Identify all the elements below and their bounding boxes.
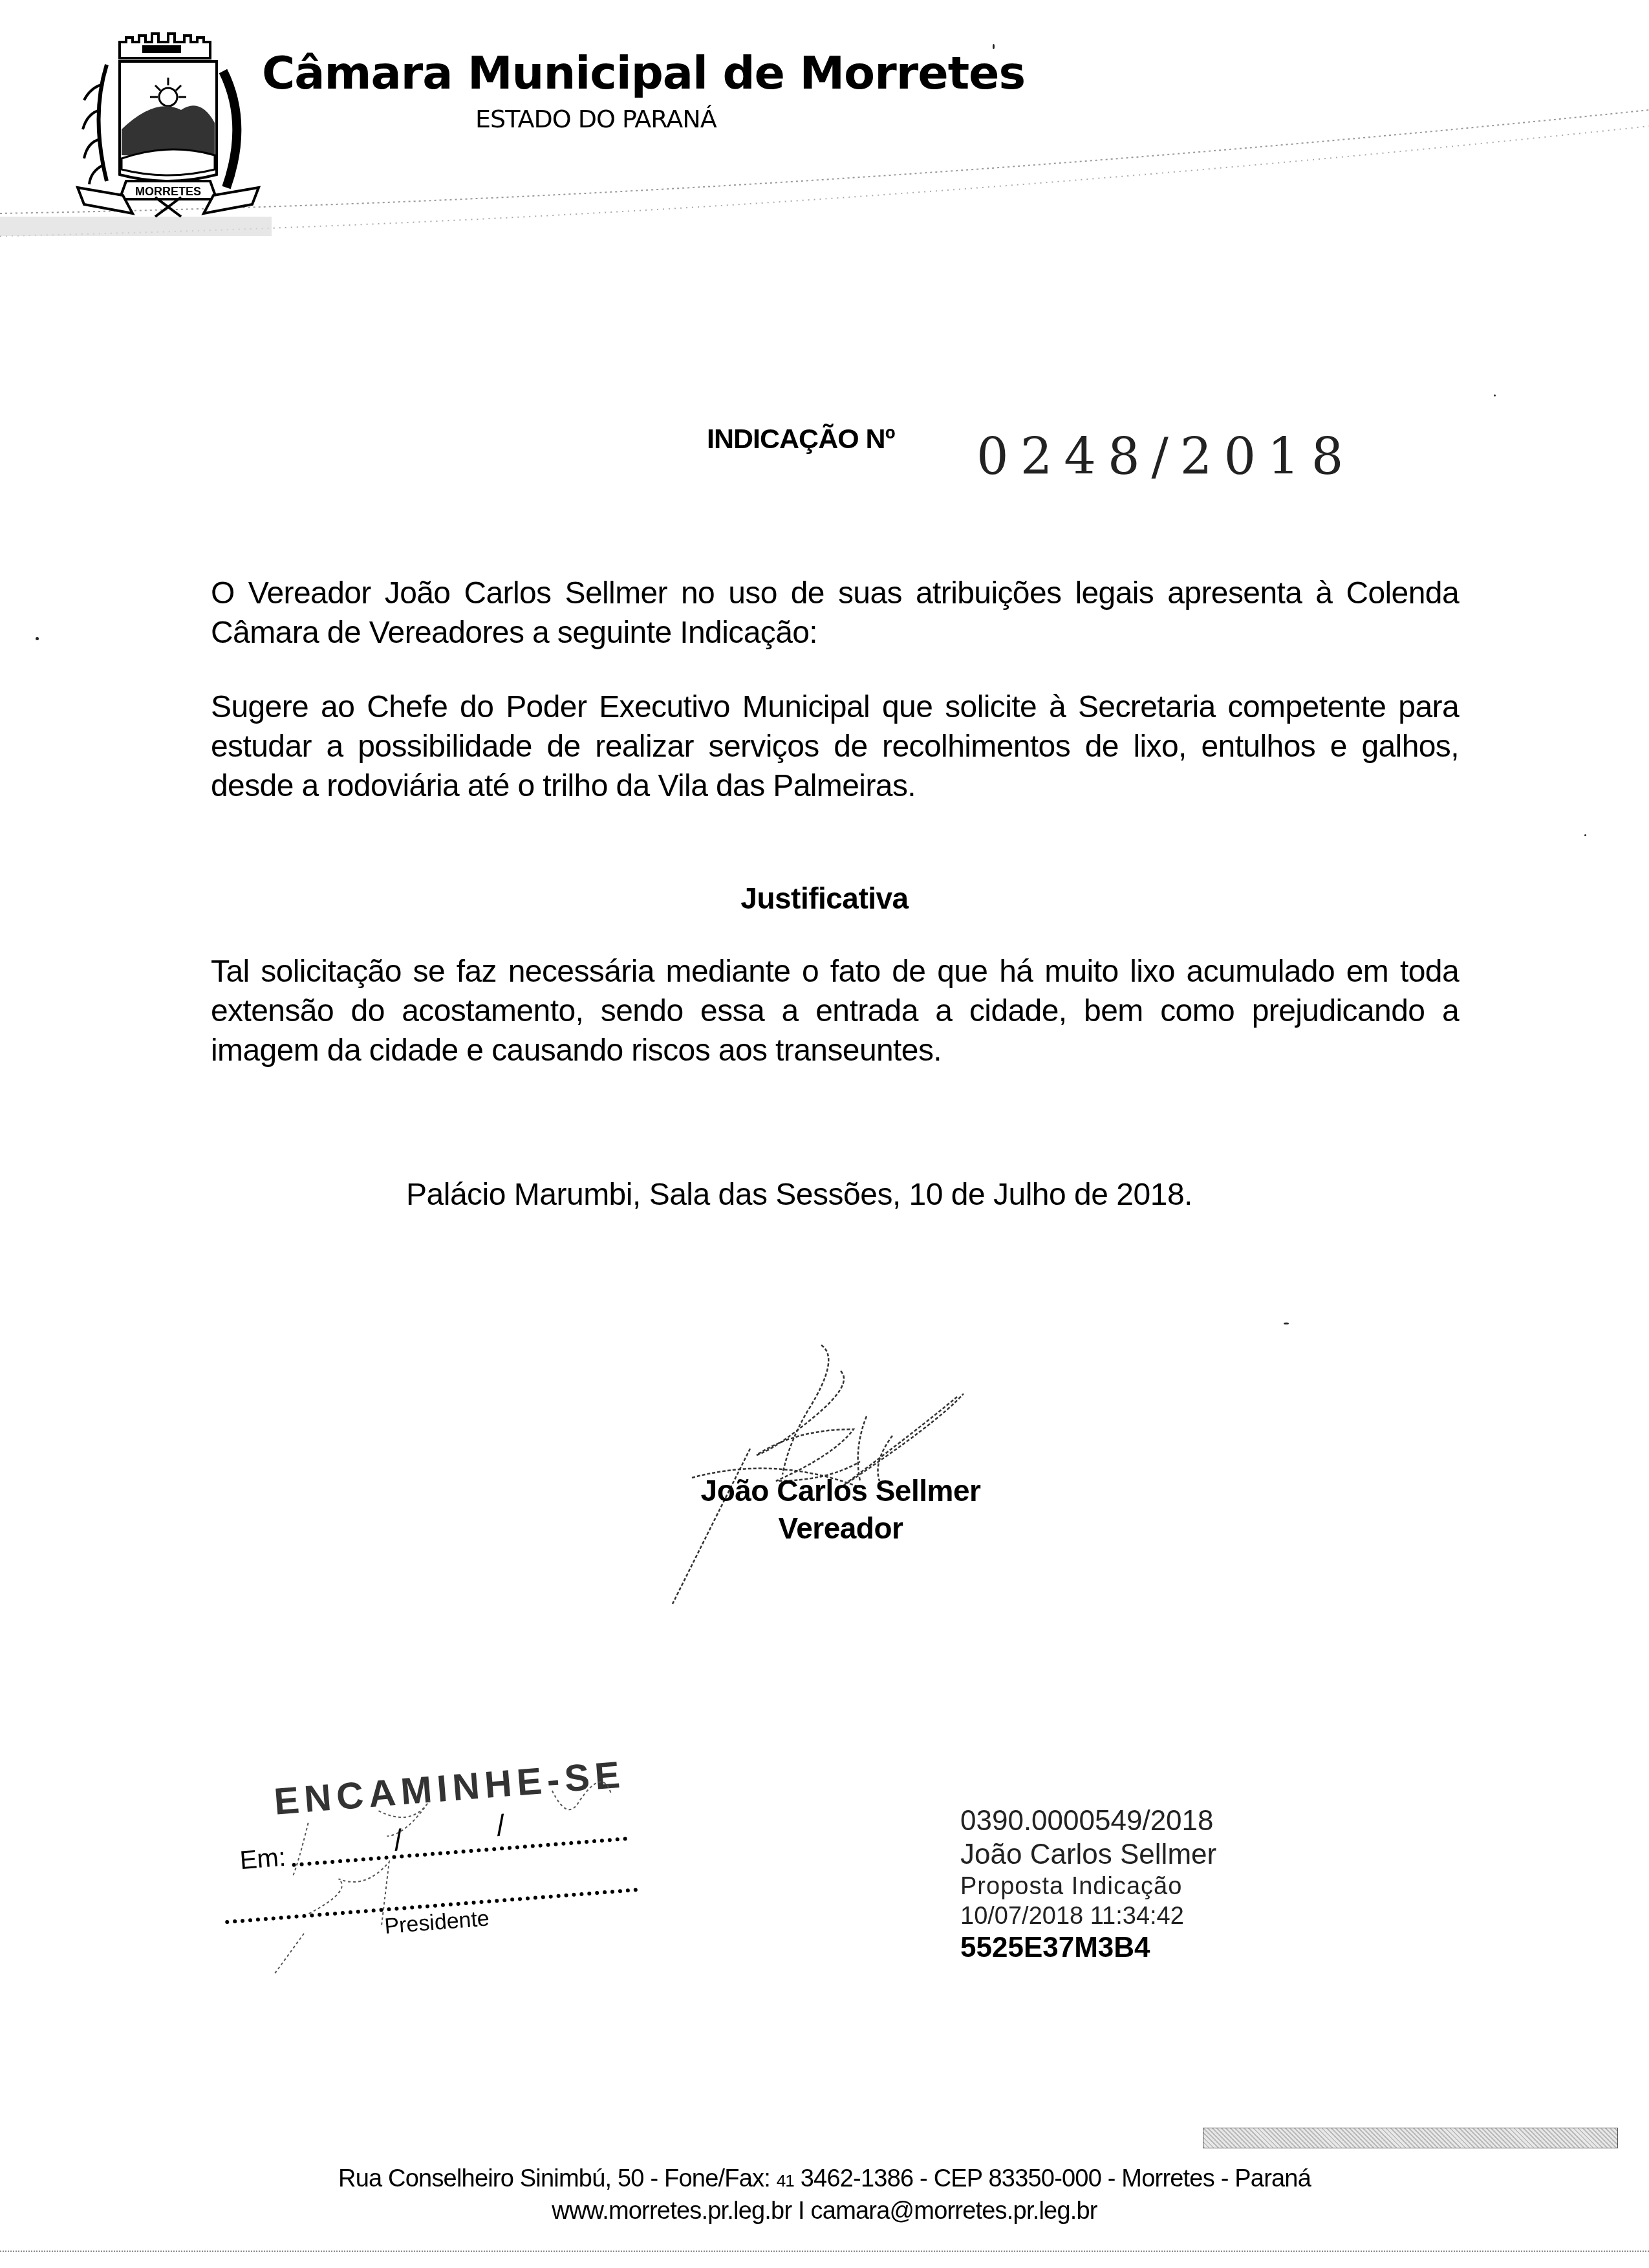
organization-name: Câmara Municipal de Morretes (262, 47, 1025, 100)
scan-speck (993, 44, 995, 49)
suggestion-paragraph: Sugere ao Chefe do Poder Executivo Munic… (211, 687, 1459, 806)
protocol-type: Proposta Indicação (960, 1872, 1216, 1901)
footer-address-end: 3462-1386 - CEP 83350-000 - Morretes - P… (794, 2165, 1311, 2192)
footer-website-link[interactable]: www.morretes.pr.leg.br (552, 2198, 792, 2225)
protocol-author: João Carlos Sellmer (960, 1838, 1216, 1872)
scan-speck (36, 637, 39, 640)
signer-name: João Carlos Sellmer (647, 1473, 1035, 1508)
coat-of-arms-icon: MORRETES (71, 26, 265, 220)
footer-separator: I (798, 2198, 804, 2225)
forwarding-stamp: ENCAMINHE-SE Em: / / Presidente (213, 1734, 707, 1978)
scan-speck (1584, 834, 1586, 836)
logo-ribbon-text: MORRETES (135, 185, 201, 198)
stamp-handwriting-icon (213, 1734, 707, 1978)
organization-state: ESTADO DO PARANÁ (475, 105, 717, 133)
document-type-label: INDICAÇÃO Nº (707, 424, 894, 455)
footer-address-start: Rua Conselheiro Sinimbú, 50 - Fone/Fax: (338, 2165, 777, 2192)
footer-contacts: www.morretes.pr.leg.br I camara@morretes… (0, 2198, 1649, 2225)
protocol-number: 0390.0000549/2018 (960, 1804, 1216, 1838)
footer-rule (0, 2251, 1649, 2252)
footer-area-code: 41 (777, 2171, 794, 2190)
document-number-stamp: 0248/2018 (976, 428, 1355, 486)
protocol-verification-code: 5525E37M3B4 (960, 1931, 1216, 1965)
intro-paragraph: O Vereador João Carlos Sellmer no uso de… (211, 574, 1459, 653)
footer-decorative-band (1203, 2128, 1618, 2148)
signer-role: Vereador (647, 1511, 1035, 1546)
justification-paragraph: Tal solicitação se faz necessária median… (211, 952, 1459, 1070)
handwritten-signature-icon (647, 1332, 1009, 1604)
justification-heading: Justificativa (0, 881, 1649, 916)
scan-speck (1284, 1323, 1289, 1324)
protocol-datetime: 10/07/2018 11:34:42 (960, 1901, 1216, 1931)
protocol-block: 0390.0000549/2018 João Carlos Sellmer Pr… (960, 1804, 1216, 1965)
footer-email-link[interactable]: camara@morretes.pr.leg.br (811, 2198, 1097, 2225)
place-and-date: Palácio Marumbi, Sala das Sessões, 10 de… (406, 1177, 1192, 1213)
scan-speck (1494, 394, 1496, 396)
footer-address: Rua Conselheiro Sinimbú, 50 - Fone/Fax: … (0, 2165, 1649, 2193)
